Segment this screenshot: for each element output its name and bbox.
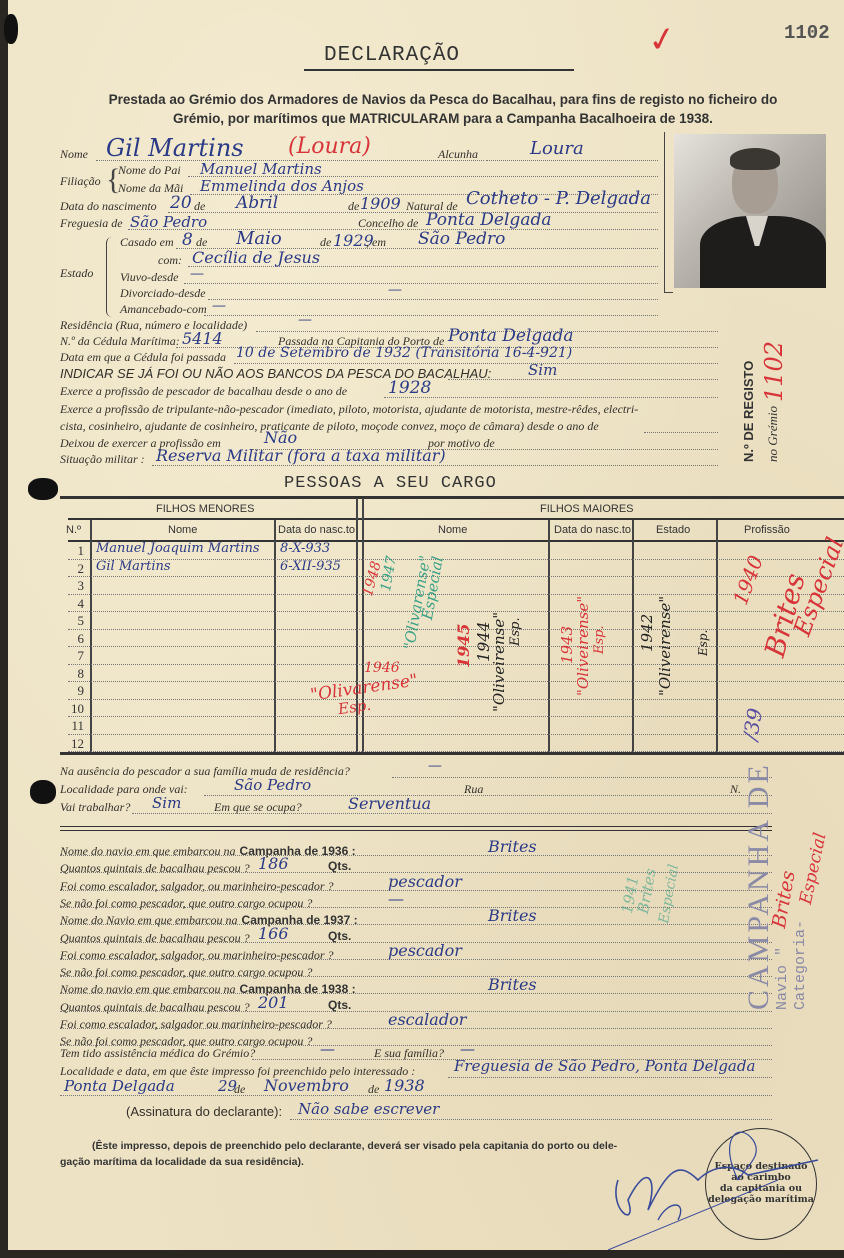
row-line xyxy=(68,699,844,700)
estado-label: Estado xyxy=(60,266,93,281)
footer-note-1: (Êste impresso, depois de preenchido pel… xyxy=(92,1140,617,1152)
divorciado-label: Divorciado-desde xyxy=(120,286,206,301)
cargo-top-rule xyxy=(60,496,844,499)
campanha-side-title: CAMPANHA DE xyxy=(742,762,776,1010)
em-label: , em xyxy=(366,235,386,250)
footer-note-2: gação marítima da localidade da sua resi… xyxy=(60,1156,304,1168)
col-data-maiores-header: Data do nasc.to xyxy=(554,524,631,536)
campaign-answer: 186 xyxy=(258,854,289,873)
ausencia-line xyxy=(392,777,772,778)
date-month: Novembro xyxy=(264,1076,349,1095)
ink-blot xyxy=(30,780,56,804)
campaign-line: Foi como escalador, salgador ou marinhei… xyxy=(60,1015,332,1033)
row-number: 8 xyxy=(70,666,84,682)
col-divider xyxy=(90,520,92,752)
militar-line xyxy=(152,465,718,466)
annotation-ship-1944: "Oliveirense" xyxy=(490,612,508,712)
annotation-1940: 1940 xyxy=(728,552,768,608)
concelho-value: Ponta Delgada xyxy=(426,210,551,230)
qts-unit: Qts. xyxy=(328,929,351,943)
familia-value: — xyxy=(460,1040,475,1058)
residencia-value: — xyxy=(298,312,312,328)
annotation-1942: 1942 xyxy=(638,614,656,652)
indicar-line xyxy=(448,379,718,380)
n-label: N. xyxy=(730,782,741,797)
date-year: 1938 xyxy=(384,1076,425,1095)
register-number: 1102 xyxy=(784,22,830,44)
gremio-label: no Grémio xyxy=(765,406,781,462)
row-number: 10 xyxy=(70,701,84,717)
annotation-ship-1942: "Oliveirense" xyxy=(656,596,674,696)
row-line xyxy=(68,611,844,612)
nome-annotation: (Loura) xyxy=(288,134,371,159)
de-label: de xyxy=(194,199,205,214)
tripulante-text-2: cista, cosinheiro, ajudante de cosinheir… xyxy=(60,419,599,434)
de-label: de xyxy=(234,1082,245,1097)
localidade-value: São Pedro xyxy=(234,776,311,794)
casado-day: 8 xyxy=(182,230,193,250)
child-birthdate: 6-XII-935 xyxy=(280,559,341,574)
pai-value: Manuel Martins xyxy=(200,160,322,178)
campaign-answer: 166 xyxy=(258,924,289,943)
campaign-line: Quantos quintais de bacalhau pescou ? xyxy=(60,859,250,877)
nome-label: Nome xyxy=(60,147,88,162)
indicar-value: Sim xyxy=(528,361,557,379)
filiacao-label: Filiação xyxy=(60,174,101,189)
col-estado-header: Estado xyxy=(656,524,690,536)
casado-month: Maio xyxy=(236,228,282,249)
categoria-side-value: Especial xyxy=(796,831,831,906)
viuvo-label: Viuvo-desde xyxy=(120,270,178,285)
annotation-cat-1946: Esp. xyxy=(337,696,372,718)
col-nome-maiores-header: Nome xyxy=(438,524,467,536)
row-number: 5 xyxy=(70,613,84,629)
campaign-line: Nome do Navio em que embarcou naCampanha… xyxy=(60,911,358,929)
registo-value: 1102 xyxy=(760,341,788,402)
localidade-line xyxy=(204,795,772,796)
campaign-answer: — xyxy=(388,889,404,908)
campaign-line: Nome do navio em que embarcou naCampanha… xyxy=(60,842,356,860)
exerce-value: 1928 xyxy=(388,378,431,398)
campaign-answer: Brites xyxy=(488,906,537,925)
natural-value: Cotheto - P. Delgada xyxy=(466,188,651,209)
data-cedula-value: 10 de Setembro de 1932 (Transitória 16-4… xyxy=(236,345,572,361)
row-line xyxy=(68,594,844,595)
ocupa-label: Em que se ocupa? xyxy=(214,800,302,815)
annotation-1945: 1945 xyxy=(454,623,473,668)
alcunha-value: Loura xyxy=(530,138,584,159)
casado-local: São Pedro xyxy=(418,229,505,249)
campaign-line-dots xyxy=(60,993,772,994)
header-rule xyxy=(68,518,844,520)
col-divider xyxy=(274,520,276,752)
col-divider xyxy=(716,520,718,752)
campaign-line: Quantos quintais de bacalhau pescou ? xyxy=(60,929,250,947)
campaign-line-dots xyxy=(60,976,772,977)
row-number: 12 xyxy=(70,736,84,752)
campaign-answer: escalador xyxy=(388,1010,466,1029)
amancebado-label: Amancebado-com xyxy=(120,302,207,317)
campaign-answer: pescador xyxy=(388,941,462,960)
divorciado-value: — xyxy=(388,282,402,298)
campaign-line: Nome do navio em que embarcou naCampanha… xyxy=(60,980,356,998)
subtitle-line-2: Grémio, por marítimos que MATRICULARAM p… xyxy=(48,109,838,128)
viuvo-line xyxy=(184,283,658,284)
annotation-1947: 1947 xyxy=(378,555,400,593)
row-number: 11 xyxy=(70,718,84,734)
campaign-line: Se não foi como pescador, que outro carg… xyxy=(60,963,312,981)
nascimento-label: Data do nascimento xyxy=(60,199,157,214)
row-number: 1 xyxy=(70,543,84,559)
maiores-header: FILHOS MAIORES xyxy=(540,503,634,515)
navio-side-label: Navio " xyxy=(774,947,791,1010)
date-line xyxy=(60,1095,772,1096)
cargo-title: PESSOAS A SEU CARGO xyxy=(284,474,497,493)
alcunha-line xyxy=(486,160,658,161)
de-label: de xyxy=(320,235,331,250)
annotation-ship-1943: "Oliveirense" xyxy=(574,596,592,696)
annotation-39: /39 xyxy=(738,706,767,742)
family-rule-2 xyxy=(60,830,772,831)
local-city: Ponta Delgada xyxy=(64,1077,175,1095)
registo-label: N.º DE REGISTO xyxy=(741,361,756,462)
casado-label: Casado em xyxy=(120,235,174,250)
campaign-answer: Brites xyxy=(488,837,537,856)
qts-unit: Qts. xyxy=(328,998,351,1012)
campaign-line: Foi como escalador, salgador, ou marinhe… xyxy=(60,946,334,964)
row-line xyxy=(68,716,844,717)
subtitle: Prestada ao Grémio dos Armadores de Navi… xyxy=(48,90,838,128)
viuvo-value: — xyxy=(190,266,204,282)
assistencia-value: — xyxy=(320,1040,335,1058)
annotation-cat-1942: Esp. xyxy=(696,630,710,656)
portrait-photo xyxy=(674,134,826,288)
tripulante-line xyxy=(644,432,718,433)
campaign-line: Se não foi como pescador, que outro carg… xyxy=(60,894,312,912)
cargo-bottom-rule xyxy=(60,752,844,755)
child-birthdate: 8-X-933 xyxy=(280,541,330,556)
exerce-label: Exerce a profissão de pescador de bacalh… xyxy=(60,384,347,399)
familia-label: E sua família? xyxy=(374,1046,444,1061)
freguesia-value: São Pedro xyxy=(130,213,207,231)
child-name: Gil Martins xyxy=(96,559,171,574)
divorciado-line xyxy=(208,299,658,300)
col-data-header: Data do nasc.to xyxy=(278,524,355,536)
row-line xyxy=(68,681,844,682)
campaign-answer: Brites xyxy=(488,975,537,994)
nome-value: Gil Martins xyxy=(106,134,244,162)
data-cedula-line xyxy=(234,363,718,364)
militar-label: Situação militar : xyxy=(60,452,145,467)
deixou-value: Não xyxy=(264,428,297,447)
data-cedula-label: Data em que a Cédula foi passada xyxy=(60,350,226,365)
localidade-data-value: Freguesia de São Pedro, Ponta Delgada xyxy=(454,1057,755,1075)
localidade-data-line xyxy=(448,1077,772,1078)
ink-blot xyxy=(4,14,18,44)
alcunha-label: Alcunha xyxy=(438,147,478,162)
col-divider xyxy=(632,520,634,752)
assinatura-label: (Assinatura do declarante): xyxy=(126,1104,282,1119)
campaign-line-dots xyxy=(60,924,772,925)
subtitle-line-1: Prestada ao Grémio dos Armadores de Navi… xyxy=(48,90,838,109)
child-name: Manuel Joaquim Martins xyxy=(96,541,260,556)
campaign-answer: pescador xyxy=(388,872,462,891)
green-note-ship: Brites xyxy=(634,867,660,915)
estado-brace xyxy=(106,237,113,317)
photo-frame xyxy=(664,132,673,293)
mae-value: Emmelinda dos Anjos xyxy=(200,177,364,195)
ocupa-value: Serventua xyxy=(348,794,431,813)
col-nome-header: Nome xyxy=(168,524,197,536)
tripulante-text-1: Exerce a profissão de tripulante-não-pes… xyxy=(60,402,638,417)
official-signature xyxy=(588,1120,828,1250)
col-profissao-header: Profissão xyxy=(744,524,790,536)
campaign-line: Quantos quintais de bacalhau pescou ? xyxy=(60,998,250,1016)
row-number: 4 xyxy=(70,596,84,612)
row-line xyxy=(68,576,844,577)
com-label: com: xyxy=(158,253,182,268)
ink-blot xyxy=(28,478,58,500)
row-number: 7 xyxy=(70,648,84,664)
de-label: de xyxy=(368,1082,379,1097)
nascimento-year: 1909 xyxy=(360,194,401,213)
com-value: Cecília de Jesus xyxy=(192,248,320,267)
de-label: de xyxy=(348,199,359,214)
pai-label: Nome do Pai xyxy=(118,163,181,178)
nascimento-day: 20 xyxy=(170,193,192,213)
row-number: 3 xyxy=(70,578,84,594)
row-line xyxy=(68,559,844,560)
trabalhar-value: Sim xyxy=(152,794,181,812)
militar-value: Reserva Militar (fora a taxa militar) xyxy=(156,446,446,465)
document-page: 1102 ✓ DECLARAÇÃO Prestada ao Grémio dos… xyxy=(8,0,844,1250)
col-no-header: N.º xyxy=(66,524,81,536)
campaign-answer: 201 xyxy=(258,993,289,1012)
campaign-line-dots xyxy=(60,855,772,856)
menores-header: FILHOS MENORES xyxy=(156,503,254,515)
amancebado-value: — xyxy=(212,298,226,314)
col-divider xyxy=(548,520,550,752)
family-rule xyxy=(60,826,772,827)
title-underline xyxy=(304,69,574,71)
annotation-cat-1943: Esp. xyxy=(592,625,607,654)
categoria-side-label: Categoria- xyxy=(792,920,809,1010)
assinatura-value: Não sabe escrever xyxy=(298,1100,439,1118)
exerce-line xyxy=(384,397,718,398)
cedula-value: 5414 xyxy=(182,329,223,348)
row-number: 2 xyxy=(70,561,84,577)
campaign-line: Foi como escalador, salgador, ou marinhe… xyxy=(60,877,334,895)
trabalhar-label: Vai trabalhar? xyxy=(60,800,130,815)
annotation-cat-1944: Esp. xyxy=(508,617,523,646)
row-number: 6 xyxy=(70,631,84,647)
check-mark-icon: ✓ xyxy=(645,18,680,62)
concelho-label: Concelho de xyxy=(358,216,418,231)
qts-unit: Qts. xyxy=(328,859,351,873)
passada-value: Ponta Delgada xyxy=(448,326,573,346)
freguesia-label: Freguesia de xyxy=(60,216,123,231)
ausencia-value: — xyxy=(428,758,442,774)
rua-label: Rua xyxy=(464,782,483,797)
cedula-label: N.º da Cédula Marítima: xyxy=(60,334,180,349)
nascimento-month: Abril xyxy=(236,193,278,213)
row-line xyxy=(68,734,844,735)
document-title: DECLARAÇÃO xyxy=(324,44,460,67)
assistencia-label: Tem tido assistência médica do Grémio? xyxy=(60,1046,255,1061)
row-number: 9 xyxy=(70,683,84,699)
amancebado-line xyxy=(204,315,658,316)
